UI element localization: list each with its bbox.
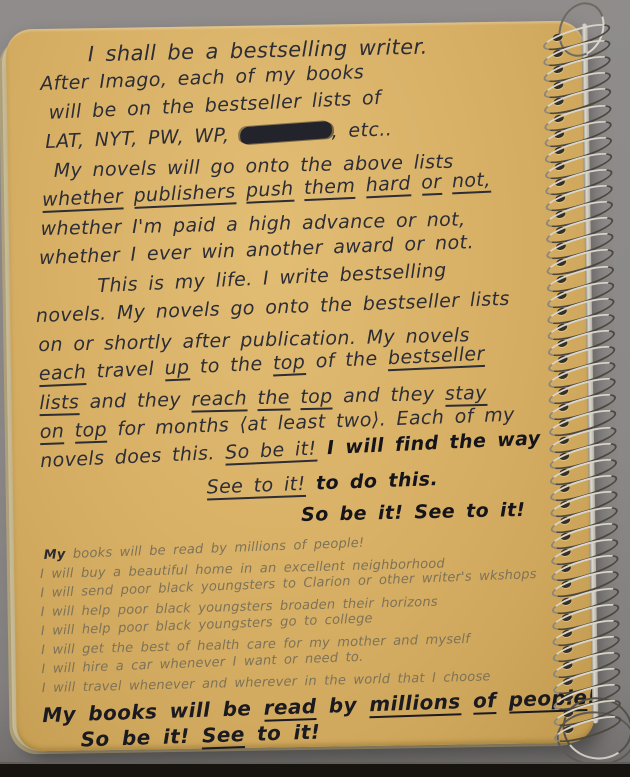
handwriting-text: See <box>202 722 246 749</box>
handwriting-text: push <box>245 178 294 204</box>
handwriting-text: to the <box>189 352 273 378</box>
handwriting-text <box>123 185 134 207</box>
scribbled-out-text <box>239 121 332 145</box>
handwriting-line: So be it! See to it! <box>301 496 522 530</box>
handwriting-text <box>410 172 421 194</box>
handwriting-text: So be it! <box>80 723 202 751</box>
handwriting-text: of <box>473 688 497 715</box>
handwriting-text: each <box>38 361 86 387</box>
handwriting-text: top <box>272 351 305 376</box>
handwriting-text <box>290 386 301 408</box>
handwriting-text: not, <box>451 169 491 195</box>
handwriting-text: up <box>164 356 190 381</box>
handwriting-text: by <box>316 692 370 718</box>
handwriting-text: travel <box>86 357 165 383</box>
goals-list-section: My books will be read by millions of peo… <box>40 539 524 699</box>
handwriting-text: I will find the way <box>326 427 541 459</box>
spiral-loop <box>550 719 630 739</box>
handwriting-text: of the <box>305 347 389 373</box>
handwriting-text <box>247 387 258 409</box>
handwriting-text: hard <box>365 172 411 198</box>
handwriting-text: whether <box>42 185 124 213</box>
notebook-page: I shall be a bestselling writer.After Im… <box>5 21 594 752</box>
spiral-binding <box>539 9 630 740</box>
handwriting-text <box>64 420 75 442</box>
handwriting-text: millions <box>369 689 461 718</box>
handwriting-text: or <box>421 171 442 196</box>
handwriting-text: See to it! <box>206 473 306 501</box>
notebook: I shall be a bestselling writer.After Im… <box>0 0 630 777</box>
handwriting-text: , etc.. <box>331 118 392 142</box>
handwriting-text: the <box>257 386 290 411</box>
handwriting-text: My <box>43 547 65 563</box>
closing-affirmation-section: My books will be read by millions of peo… <box>42 696 525 754</box>
affirmation-main-section: I shall be a bestselling writer.After Im… <box>32 34 522 535</box>
handwriting-text: bestseller <box>387 343 485 371</box>
handwriting-text: So be it! See to it! <box>301 499 526 526</box>
handwriting-text: publishers <box>133 180 236 209</box>
handwriting-text: lists <box>39 391 79 416</box>
handwriting-text: top <box>74 419 107 444</box>
handwriting-text: top <box>300 385 333 410</box>
handwriting-text: LAT, NYT, PW, WP, <box>45 124 240 153</box>
handwriting-text <box>460 689 473 713</box>
handwriting-text: read <box>263 694 317 722</box>
table-edge <box>0 764 630 777</box>
handwriting-text: on <box>39 420 64 445</box>
handwriting-text <box>496 688 509 712</box>
handwriting-text: novels does this. <box>40 442 226 472</box>
handwriting-text: So be it! <box>225 438 317 466</box>
handwriting-text: to do this. <box>316 468 439 494</box>
handwriting-text: and they <box>79 389 192 414</box>
handwriting-text: them <box>304 175 356 201</box>
handwriting-text: reach <box>191 387 247 412</box>
handwriting-text: to it! <box>244 720 320 746</box>
